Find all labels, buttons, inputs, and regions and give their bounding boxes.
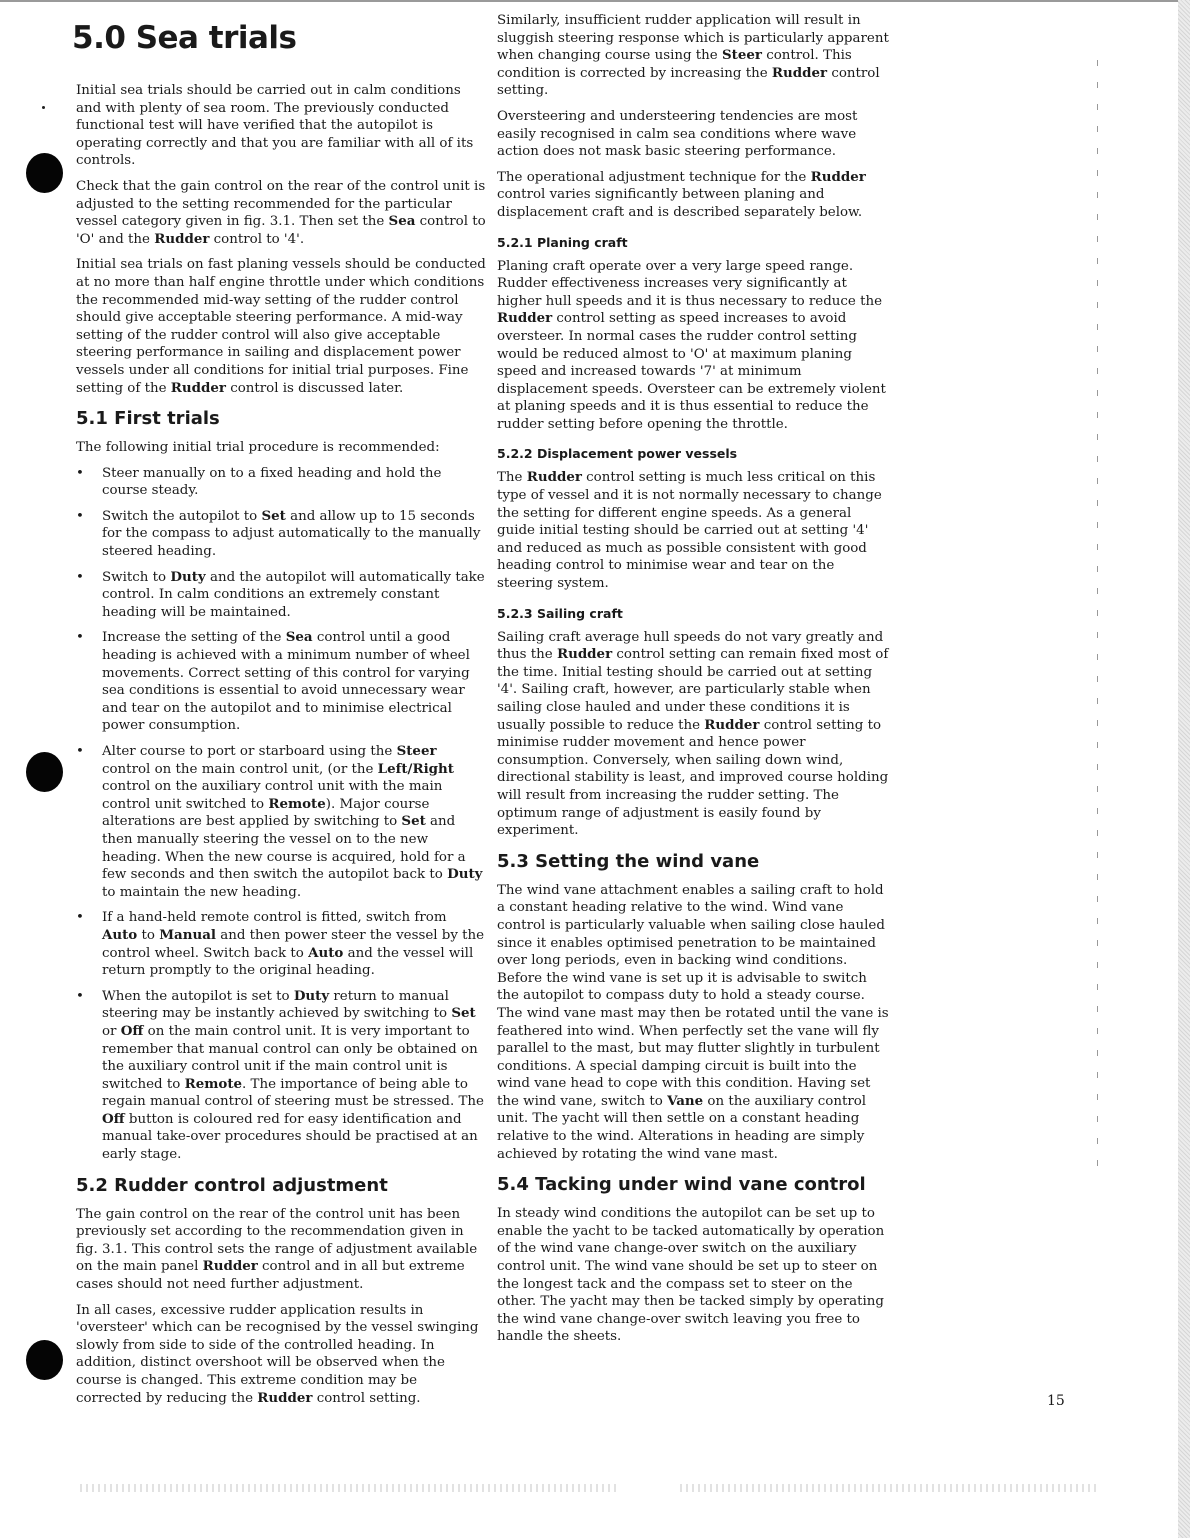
rudder-paragraph-3: Similarly, insufficient rudder applicati…	[497, 12, 892, 100]
scan-bottom-noise-left	[80, 1484, 620, 1492]
list-item: Alter course to port or starboard using …	[76, 743, 486, 901]
list-item: Steer manually on to a fixed heading and…	[76, 465, 486, 500]
list-item: Increase the setting of the Sea control …	[76, 629, 486, 735]
displacement-paragraph: The Rudder control setting is much less …	[497, 469, 892, 592]
scan-binding-marks	[1097, 60, 1098, 1180]
tacking-paragraph: In steady wind conditions the autopilot …	[497, 1205, 892, 1346]
page-title: 5.0 Sea trials	[72, 18, 486, 58]
right-column: Similarly, insufficient rudder applicati…	[497, 12, 892, 1354]
heading-5-4: 5.4 Tacking under wind vane control	[497, 1173, 892, 1197]
list-item: If a hand-held remote control is fitted,…	[76, 909, 486, 979]
first-trials-lead: The following initial trial procedure is…	[76, 439, 486, 457]
list-item: Switch the autopilot to Set and allow up…	[76, 508, 486, 561]
left-column: 5.0 Sea trials Initial sea trials should…	[76, 14, 486, 1415]
sailing-craft-paragraph: Sailing craft average hull speeds do not…	[497, 629, 892, 840]
rudder-paragraph-5: The operational adjustment technique for…	[497, 169, 892, 222]
punch-hole-middle	[26, 752, 63, 792]
list-item: When the autopilot is set to Duty return…	[76, 988, 486, 1164]
scan-top-edge	[0, 0, 1190, 2]
heading-5-2-1: 5.2.1 Planing craft	[497, 234, 892, 252]
intro-paragraph-2: Check that the gain control on the rear …	[76, 178, 486, 248]
heading-5-2: 5.2 Rudder control adjustment	[76, 1174, 486, 1198]
planing-craft-paragraph: Planing craft operate over a very large …	[497, 258, 892, 434]
rudder-paragraph-4: Oversteering and understeering tendencie…	[497, 108, 892, 161]
first-trials-list: Steer manually on to a fixed heading and…	[76, 465, 486, 1164]
page-number: 15	[1047, 1393, 1065, 1409]
heading-5-2-2: 5.2.2 Displacement power vessels	[497, 445, 892, 463]
heading-5-1: 5.1 First trials	[76, 407, 486, 431]
punch-hole-bottom	[26, 1340, 63, 1380]
intro-paragraph-1: Initial sea trials should be carried out…	[76, 82, 486, 170]
scan-right-edge	[1178, 0, 1190, 1538]
intro-paragraph-3: Initial sea trials on fast planing vesse…	[76, 256, 486, 397]
rudder-paragraph-1: The gain control on the rear of the cont…	[76, 1206, 486, 1294]
heading-5-3: 5.3 Setting the wind vane	[497, 850, 892, 874]
scan-speck	[42, 106, 45, 109]
punch-hole-top	[26, 153, 63, 193]
list-item: Switch to Duty and the autopilot will au…	[76, 569, 486, 622]
rudder-paragraph-2: In all cases, excessive rudder applicati…	[76, 1302, 486, 1408]
scan-bottom-noise-right	[680, 1484, 1100, 1492]
heading-5-2-3: 5.2.3 Sailing craft	[497, 605, 892, 623]
wind-vane-paragraph: The wind vane attachment enables a saili…	[497, 882, 892, 1164]
